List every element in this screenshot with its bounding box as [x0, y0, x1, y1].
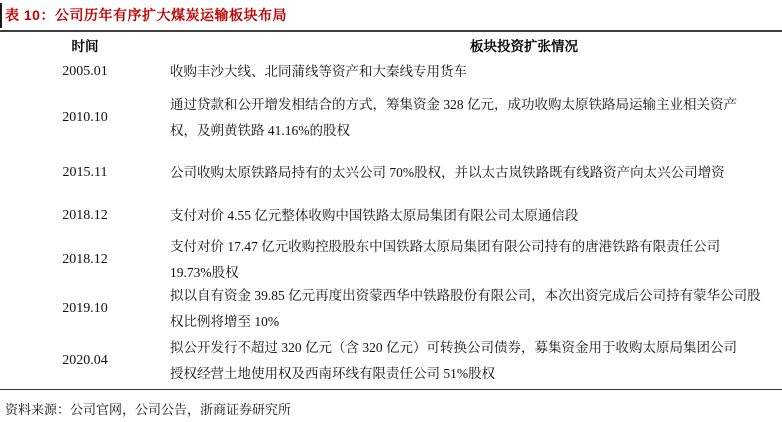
- row-detail-line: 收购丰沙大线、北同蒲线等资产和大秦线专用货车: [170, 59, 782, 85]
- table-row: 2020.04 拟公开发行不超过 320 亿元（含 320 亿元）可转换公司债券…: [0, 332, 782, 389]
- row-detail-line: 支付对价 17.47 亿元收购控股股东中国铁路太原局集团有限公司持有的唐港铁路有…: [170, 234, 782, 260]
- row-detail-line: 权比例将增至 10%: [170, 309, 782, 335]
- figure-title-row: 表 10：公司历年有序扩大煤炭运输板块布局: [0, 0, 782, 30]
- row-detail-line: 权，及朔黄铁路 41.16%的股权: [170, 118, 782, 144]
- column-header-time: 时间: [0, 35, 170, 55]
- row-date: 2020.04: [0, 353, 170, 369]
- row-detail: 通过贷款和公开增发相结合的方式，筹集资金 328 亿元，成功收购太原铁路局运输主…: [170, 92, 782, 144]
- table-header-row: 时间 板块投资扩张情况: [0, 32, 782, 58]
- row-date: 2018.12: [0, 252, 170, 268]
- research-report-table-figure: 表 10：公司历年有序扩大煤炭运输板块布局 时间 板块投资扩张情况 2005.0…: [0, 0, 782, 422]
- table-row: 2018.12 支付对价 17.47 亿元收购控股股东中国铁路太原局集团有限公司…: [0, 235, 782, 285]
- row-detail-line: 拟以自有资金 39.85 亿元再度出资蒙西华中铁路股份有限公司，本次出资完成后公…: [170, 283, 782, 309]
- source-text: 公司官网，公司公告，浙商证券研究所: [70, 402, 291, 417]
- source-label: 资料来源：: [5, 402, 70, 417]
- row-detail: 收购丰沙大线、北同蒲线等资产和大秦线专用货车: [170, 59, 782, 85]
- row-date: 2005.01: [0, 64, 170, 80]
- row-detail: 公司收购太原铁路局持有的太兴公司 70%股权，并以太古岚铁路既有线路资产向太兴公…: [170, 160, 782, 186]
- column-header-expansion: 板块投资扩张情况: [170, 35, 782, 55]
- row-detail: 支付对价 4.55 亿元整体收购中国铁路太原局集团有限公司太原通信段: [170, 203, 782, 229]
- table-row: 2010.10 通过贷款和公开增发相结合的方式，筹集资金 328 亿元，成功收购…: [0, 86, 782, 149]
- row-date: 2015.11: [0, 165, 170, 181]
- table-row: 2015.11 公司收购太原铁路局持有的太兴公司 70%股权，并以太古岚铁路既有…: [0, 149, 782, 197]
- row-detail: 支付对价 17.47 亿元收购控股股东中国铁路太原局集团有限公司持有的唐港铁路有…: [170, 234, 782, 286]
- table-row: 2005.01 收购丰沙大线、北同蒲线等资产和大秦线专用货车: [0, 58, 782, 86]
- row-detail-line: 拟公开发行不超过 320 亿元（含 320 亿元）可转换公司债券，募集资金用于收…: [170, 335, 782, 361]
- source-note: 资料来源：公司官网，公司公告，浙商证券研究所: [0, 390, 782, 418]
- table-row: 2018.12 支付对价 4.55 亿元整体收购中国铁路太原局集团有限公司太原通…: [0, 197, 782, 235]
- row-date: 2018.12: [0, 208, 170, 224]
- row-detail-line: 授权经营土地使用权及西南环线有限责任公司 51%股权: [170, 361, 782, 387]
- row-detail-line: 支付对价 4.55 亿元整体收购中国铁路太原局集团有限公司太原通信段: [170, 203, 782, 229]
- row-date: 2010.10: [0, 110, 170, 126]
- table-title: 表 10：公司历年有序扩大煤炭运输板块布局: [0, 5, 287, 25]
- row-detail: 拟公开发行不超过 320 亿元（含 320 亿元）可转换公司债券，募集资金用于收…: [170, 335, 782, 387]
- row-detail-line: 公司收购太原铁路局持有的太兴公司 70%股权，并以太古岚铁路既有线路资产向太兴公…: [170, 160, 782, 186]
- table-row: 2019.10 拟以自有资金 39.85 亿元再度出资蒙西华中铁路股份有限公司，…: [0, 285, 782, 332]
- row-detail-line: 通过贷款和公开增发相结合的方式，筹集资金 328 亿元，成功收购太原铁路局运输主…: [170, 92, 782, 118]
- title-left-rule: [0, 3, 2, 28]
- row-date: 2019.10: [0, 301, 170, 317]
- row-detail: 拟以自有资金 39.85 亿元再度出资蒙西华中铁路股份有限公司，本次出资完成后公…: [170, 283, 782, 335]
